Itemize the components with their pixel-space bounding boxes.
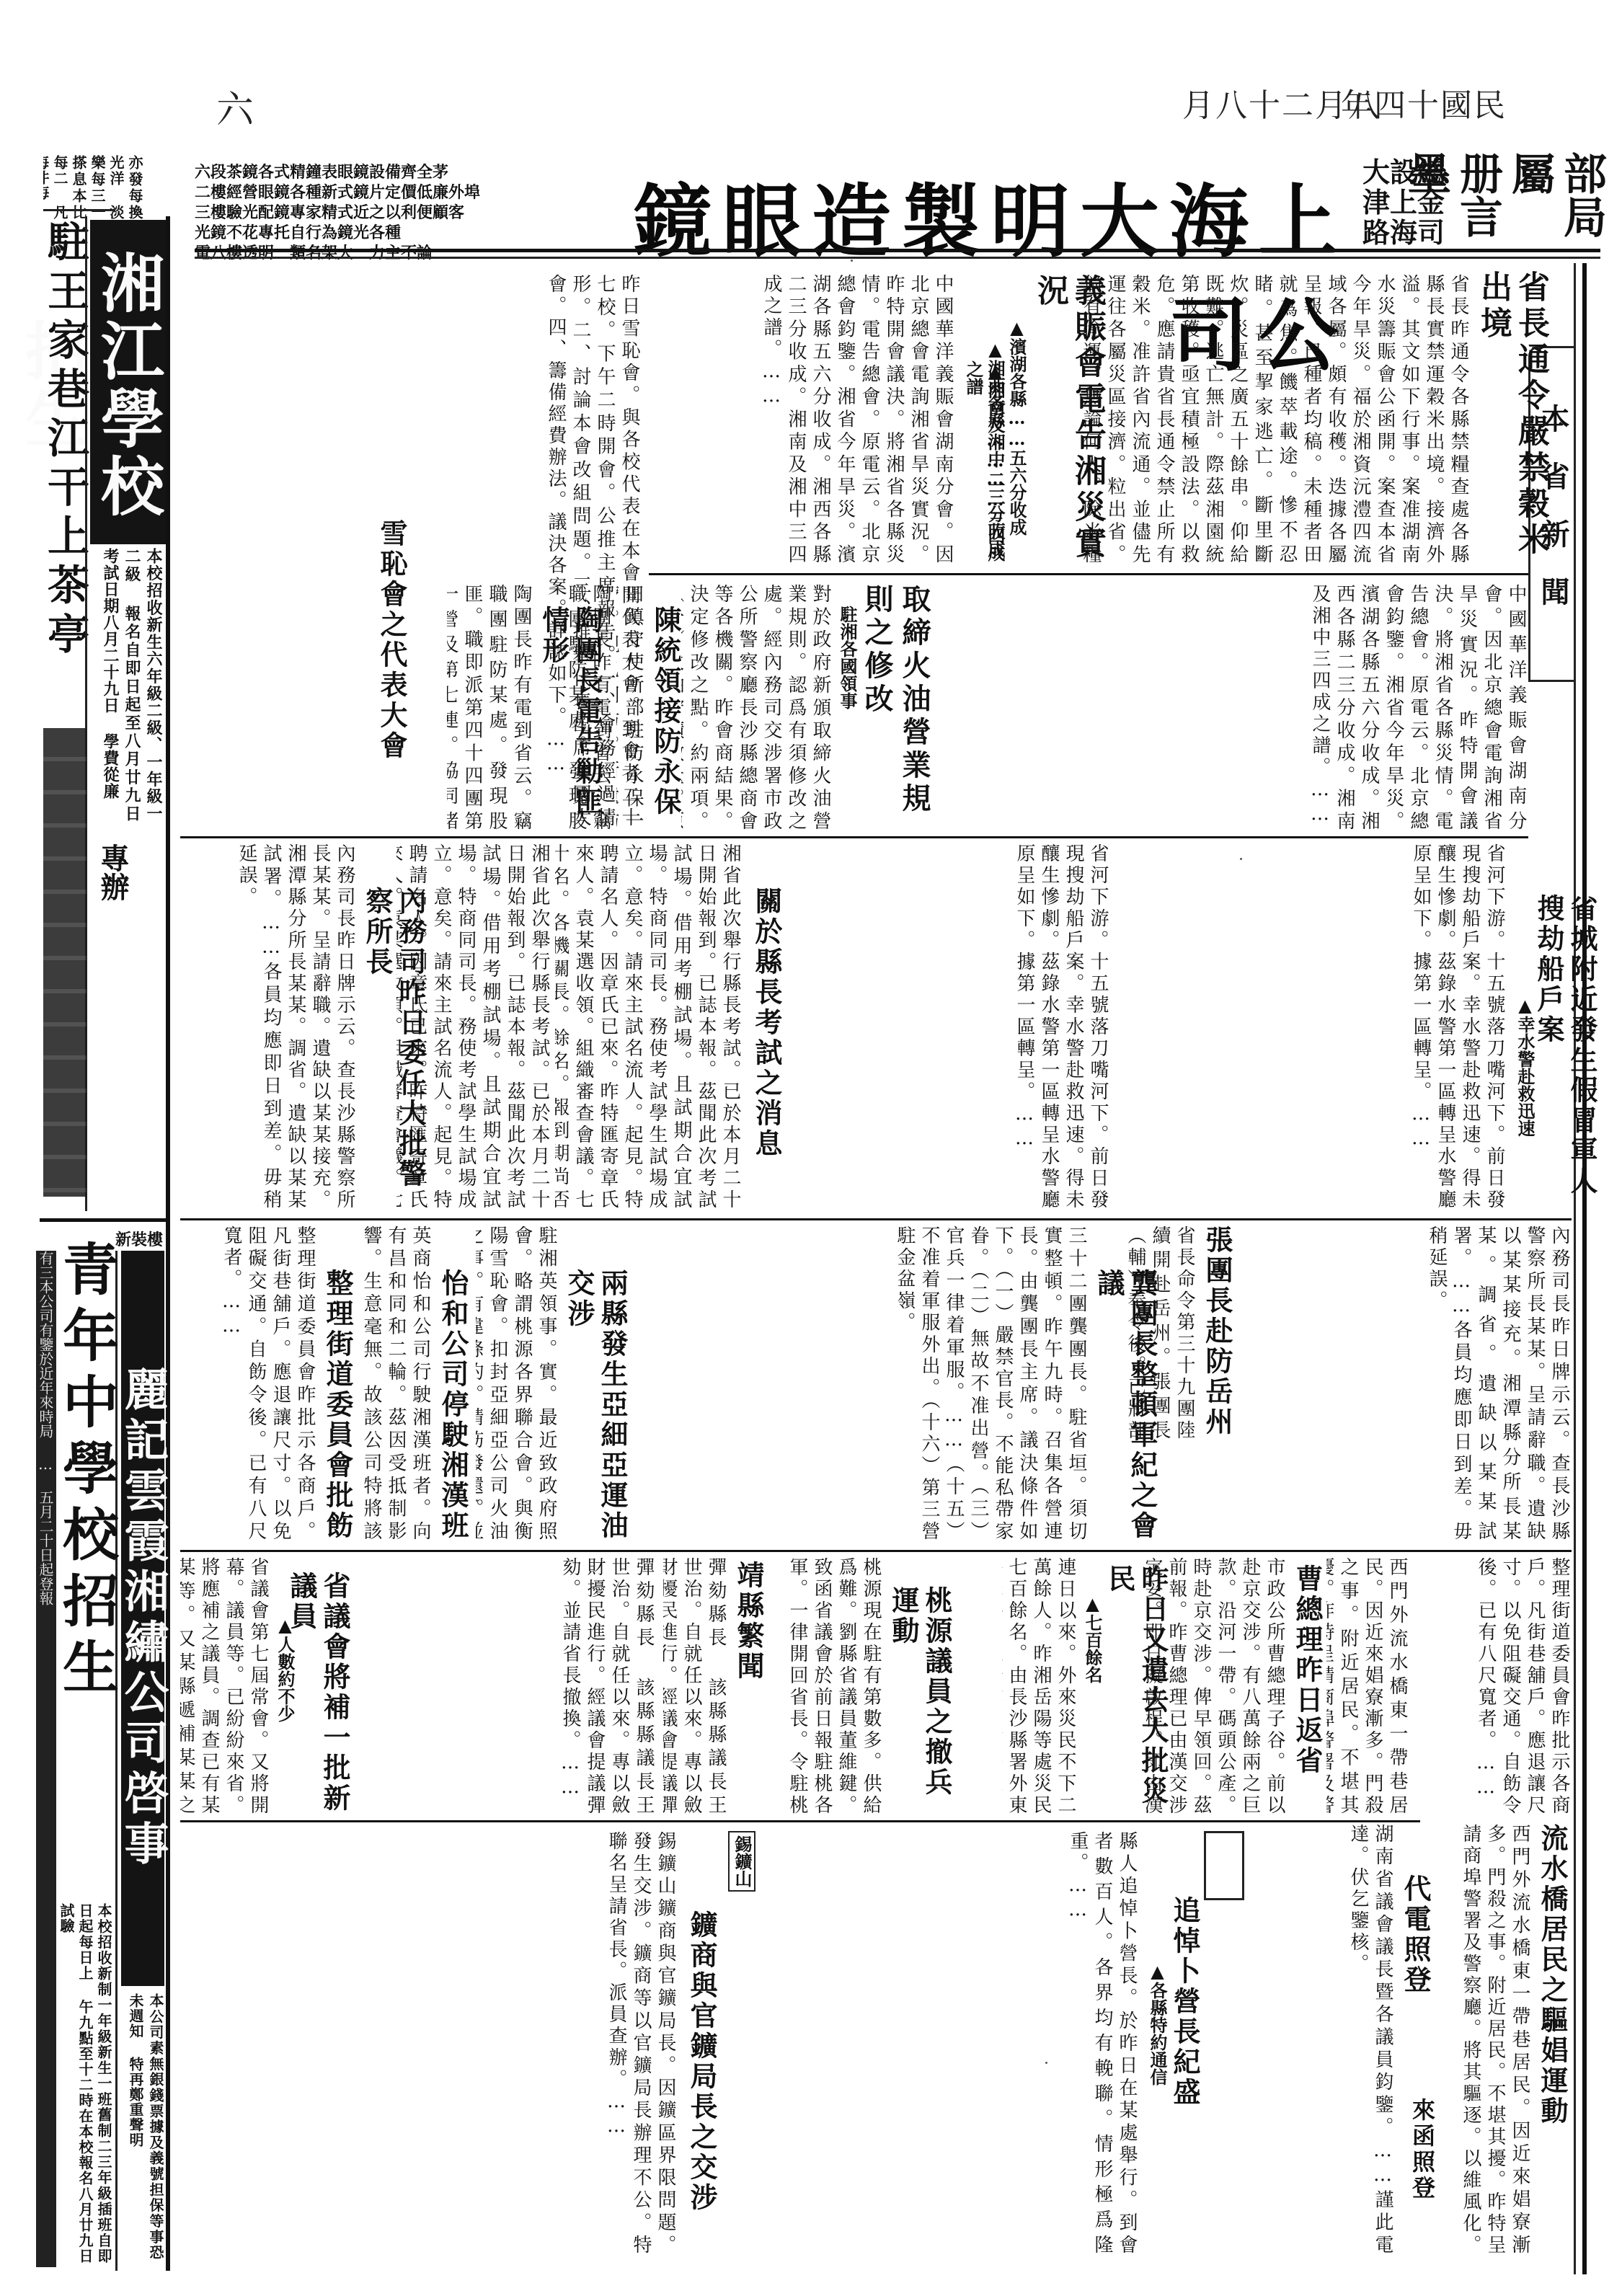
article-body: 陶團長昨有電到省云。竊職團駐防某處。發現股匪。職即派第四十四團第一營及第七連。協…: [447, 584, 533, 833]
article-body: 英商怡和公司行駛湘漢班者。向有昌和同和二輪。茲因受抵制影響。生意毫無。故該公司特…: [360, 1225, 433, 1543]
article-body: 對於政府新頒取締火油營業規則。認爲有須修改之處。經內務司交涉署市政公所警察廳長沙…: [681, 584, 833, 833]
article-subhead: ▲各縣特約通信: [1146, 1961, 1168, 2086]
masthead-advertisement: 上海大明製造眼鏡公司 大設總 津上金 路海司 部局屬 册言墨: [598, 144, 1622, 274]
article-body: 省議會第七屆常會。又將開幕。議員等。已紛紛來省。將應補之議員。調查已有某某等。又…: [180, 1557, 270, 1817]
article-subhead: 駐湘各國領事: [836, 606, 858, 709]
article-body: 桃源現在駐有第數多。供給爲難。劉縣省議員董維鍵。致函省議會於前日報駐桃各軍。一律…: [786, 1557, 883, 1817]
article-body: 錫鑛山鑛商與官鑛局長。因鑛區界限問題。發生交涉。鑛商等以官鑛局長辦理不公。特聯名…: [180, 1831, 678, 2256]
article-headline: 張團長赴防岳州: [1200, 1225, 1233, 1442]
left-ad-dark-strip: [43, 728, 87, 1197]
article-headline: 追悼卜營長紀盛: [1168, 1896, 1201, 2228]
article-headline: 昨日又遣去大批災民: [1103, 1564, 1169, 1817]
article-body: 中國華洋義賑會湖南分會。因北京總會電詢湘省旱災實況。昨特開會議決。將湘省各縣災情…: [652, 274, 955, 566]
company-notice-body: 本公司素無銀錢票據及義號担保等事恐未週知 特再鄭重聲明: [121, 1993, 166, 2260]
article-subhead: ▲濱湖各縣……五六分收成: [1006, 317, 1027, 555]
article-body: 西門外流水橋東一帶巷居民。因近來娼寮漸多。門殺之事。附近居民。不堪其擾。昨特呈請…: [1435, 1824, 1532, 2256]
article-body: 彈劾縣長 該縣縣議長王世治。自就任以來。專以斂財擾民進行。經議會提議彈劾。並請省…: [663, 1557, 728, 1817]
article-body: 田鎮守使所部駐防永保一帶。現已調防。所遺防務。由陳統領接辦。對於地方治安。當能維…: [616, 584, 645, 833]
article-body: 省河下游。十五號落刀嘴河下。前日發現搜劫船戶案。幸水警赴救迅速。得未釀生慘劇。茲…: [1117, 843, 1507, 1211]
article-headline: 陳統領接防永保: [649, 606, 682, 836]
article-body: 湘省此次舉行縣長考試。已於本月二十日開始報到。已誌本報。茲聞此次考試試場。借用考…: [555, 843, 743, 1211]
page-number: 六: [216, 79, 255, 133]
article-body-cont: 西門外流水橋東一帶巷居民。因近來娼寮漸多。門殺之事。附近居民。不堪其擾。昨特呈請…: [1326, 1557, 1409, 1817]
article-headline: 龔團長整頓軍紀之會議: [1092, 1269, 1158, 1543]
article-body: 內務司長昨日牌示云。查長沙縣警察所長某某。呈請辭職。遺缺以某某接充。湘潭縣分所長…: [180, 843, 357, 1211]
article-subhead: ▲人數約不少: [274, 1615, 296, 1722]
masthead-brand: 部局屬 册言墨: [1400, 151, 1608, 274]
school-ad-subtitle: 駐王家巷江干上茶亭: [43, 220, 87, 724]
tier-rule-3: [180, 1550, 1572, 1552]
left-notice-rule: [43, 209, 115, 211]
article-headline: 來函照登: [1406, 2098, 1439, 2256]
article-subhead: ▲幸水警赴救迅速: [1514, 995, 1535, 1137]
article-body: 縣人追悼卜營長。於昨日在某處舉行。到會者數百人。各界均有輓聯。情形極爲隆重。……: [757, 1831, 1139, 2256]
lower-ad-header-tag: 新裝樓: [115, 1229, 163, 1251]
article-body: 整理街道委員會昨批示各商戶。凡街巷舖戶。應退讓尺寸。以免阻礙交通。自飭令後。已有…: [180, 1225, 317, 1543]
article-body-cont: 陶團長昨有電到省云。竊職團駐防某處。發現股匪。職即派第四十四團第一營及第七連。協…: [570, 584, 613, 833]
tier-rule-4: [180, 1820, 1420, 1822]
article-headline: 關於縣長考試之消息: [750, 887, 783, 1189]
article-body-cont: 整理街道委員會昨批示各商戶。凡街巷舖戶。應退讓尺寸。以免阻礙交通。自飭令後。已有…: [1413, 1557, 1572, 1817]
scan-noise: [1045, 2062, 1047, 2064]
article-headline: 桃源議員之撤兵運動: [887, 1586, 953, 1817]
handwritten-date-year: 年四十國民: [1341, 79, 1507, 125]
masthead-small-ad: 六段茶鏡各式精鐘表眼鏡設備齊全茅 二樓經營眼鏡各種新式鏡片定價低廉外埠 三樓驗光…: [195, 162, 584, 263]
tier-rule-mid: [649, 573, 1528, 575]
youth-school-body: 本校招收新制一年級新生一班舊制二三年級插班自即日起每日上 午九點至十二時在本校報…: [59, 1903, 113, 2264]
article-body: 湖南省議會議長暨各議員鈞鑒。……謹此電達。伏乞鑒核。: [1247, 1824, 1395, 2256]
article-headline: 義賑會電告湘災實況: [1031, 274, 1106, 562]
company-notice-title-block: 麗記雲霞湘繡公司啓事: [121, 1251, 164, 1986]
tier-rule-2: [180, 1218, 1572, 1220]
right-border: [1582, 263, 1587, 2274]
left-ad-separator: [40, 1218, 166, 1222]
article-headline: 代電照登: [1399, 1874, 1432, 2091]
scan-noise: [476, 1499, 478, 1502]
article-headline: 流水橋居民之驅娼運動: [1535, 1824, 1569, 2256]
article-headline: 兩縣發生亞細亞運油交涉: [562, 1269, 629, 1543]
article-body-cont: 內務司長昨日牌示云。查長沙縣警察所長某某。呈請辭職。遺缺以某某接充。湘潭縣分所長…: [1240, 1225, 1572, 1543]
article-headline: 怡和公司停駛湘漢班: [436, 1269, 469, 1543]
article-headline: 靖縣繁聞: [732, 1561, 765, 1705]
article-body-prev: 中國華洋義賑會湖南分會。因北京總會電詢湘省旱災實況。昨特開會議決。將湘省各縣災情…: [894, 584, 1528, 833]
scan-noise: [1240, 858, 1242, 860]
left-side-strip: 有三本公司有鑒於近年來時局 … 五月二十日起登報: [36, 1251, 56, 2267]
article-body-cont: 省河下游。十五號落刀嘴河下。前日發現搜劫船戶案。幸水警赴救迅速。得未釀生慘劇。茲…: [786, 843, 1110, 1211]
article-body-cont: 彈劾縣長 該縣縣議長王世治。自就任以來。專以斂財擾民進行。經議會提議彈劾。並請省…: [324, 1557, 656, 1817]
article-body: 駐湘英領事。實。最近致政府照會。略謂桃源各界聯合會。與衡陽雪恥會。扣封亞細亞公司…: [476, 1225, 559, 1543]
article-headline: 鑛商與官鑛局長之交涉: [685, 1910, 718, 2249]
article-subhead: ▲七百餘名: [1081, 1593, 1103, 1683]
tier-rule-1: [180, 836, 1528, 838]
school-ad-details: 本校招收新生六年級二級、一年級一二級 報名自即日起至八月廿九日 考試日期八月二十…: [92, 548, 164, 822]
article-headline: 曹總理昨日返省: [1290, 1564, 1324, 1817]
article-headline: 省長通令嚴禁穀米出境: [1474, 270, 1549, 559]
school-ad-title-block: 湘江學校招生: [90, 220, 166, 544]
scan-noise: [851, 260, 853, 262]
article-body: 三十二團龔團長。駐省垣。須切實整頓。昨午九時。召集各營連長。由龔團長主席。議決條…: [663, 1225, 1089, 1543]
article-subhead: ▲湘南及湘中……三四成之譜: [962, 360, 1006, 569]
masthead-rule-thin: [195, 257, 1600, 259]
article-headline: 整理街道委員會批飭: [321, 1269, 354, 1543]
article-headline: 省城附近發生假冒軍人搜劫船戶案: [1532, 894, 1598, 1211]
article-subhead: 錫鑛山: [728, 1831, 755, 1892]
article-body: 連日以來。外來災民不下二萬餘人。昨湘岳陽等處災民七百餘名。由長沙縣署外東路米外。…: [1002, 1557, 1078, 1817]
column-label-box: [1204, 1831, 1244, 1900]
article-body: 省長昨通令各縣禁糧查處各縣縣長實禁運穀米出境。接濟外溢。其文如下行事。案准湖南水…: [1081, 274, 1471, 566]
youth-school-title: 青年中學校招生: [59, 1240, 113, 1889]
masthead-rule: [195, 249, 1600, 252]
school-ad-tag: 專辦: [92, 843, 133, 901]
left-ad-border: [166, 216, 170, 2271]
article-body-cont: 湘省此次舉行縣長考試。已於本月二十日開始報到。已誌本報。茲聞此次考試試場。借用考…: [396, 843, 551, 1211]
